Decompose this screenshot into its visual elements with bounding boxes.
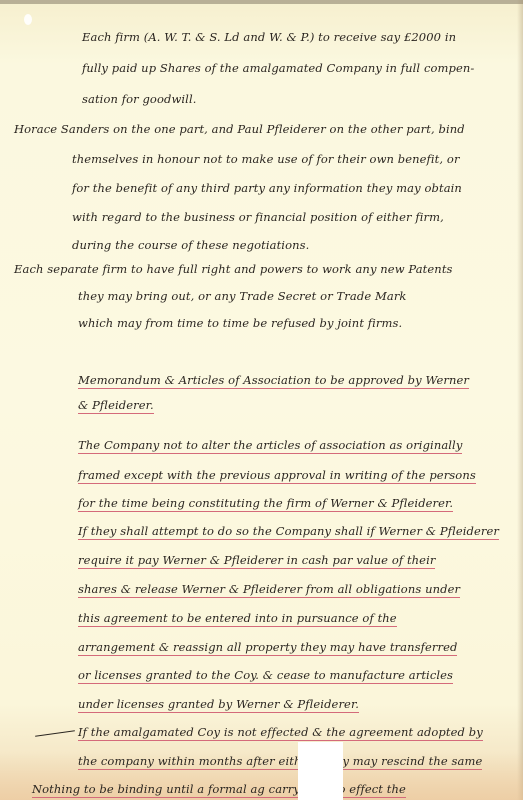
text-line: Each firm (A. W. T. & S. Ld and W. & P.)… — [82, 30, 456, 44]
text-line: the company within months after either p… — [78, 754, 482, 770]
text-line: with regard to the business or financial… — [72, 210, 444, 224]
text-line: under licenses granted by Werner & Pflei… — [78, 697, 359, 713]
text-line: for the benefit of any third party any i… — [72, 181, 462, 195]
text-line: Each separate firm to have full right an… — [14, 262, 453, 276]
text-line: fully paid up Shares of the amalgamated … — [82, 61, 474, 75]
text-line: The Company not to alter the articles of… — [78, 438, 462, 454]
page-right-edge — [517, 0, 523, 800]
text-line: arrangement & reassign all property they… — [78, 640, 457, 656]
text-line: they may bring out, or any Trade Secret … — [78, 289, 406, 303]
paper-patch — [298, 742, 343, 800]
punch-hole — [24, 14, 32, 25]
text-line: or licenses granted to the Coy. & cease … — [78, 668, 453, 684]
text-line: If the amalgamated Coy is not effected &… — [78, 725, 483, 741]
text-line: framed except with the previous approval… — [78, 468, 476, 484]
text-line: If they shall attempt to do so the Compa… — [78, 524, 499, 540]
page-top-edge — [0, 0, 523, 4]
text-line: which may from time to time be refused b… — [78, 316, 402, 330]
text-line: shares & release Werner & Pfleiderer fro… — [78, 582, 460, 598]
margin-dash — [35, 730, 75, 737]
text-line: for the time being constituting the firm… — [78, 496, 453, 512]
text-line: require it pay Werner & Pfleiderer in ca… — [78, 553, 435, 569]
text-line: themselves in honour not to make use of … — [72, 152, 460, 166]
section-heading: Memorandum & Articles of Association to … — [78, 373, 469, 389]
section-heading: & Pfleiderer. — [78, 398, 154, 414]
text-line: Horace Sanders on the one part, and Paul… — [14, 122, 465, 136]
text-line: during the course of these negotiations. — [72, 238, 309, 252]
text-line: this agreement to be entered into in pur… — [78, 611, 397, 627]
text-line: sation for goodwill. — [82, 92, 196, 106]
text-line: Nothing to be binding until a formal ag … — [32, 782, 406, 798]
manuscript-page: Each firm (A. W. T. & S. Ld and W. & P.)… — [0, 0, 523, 800]
